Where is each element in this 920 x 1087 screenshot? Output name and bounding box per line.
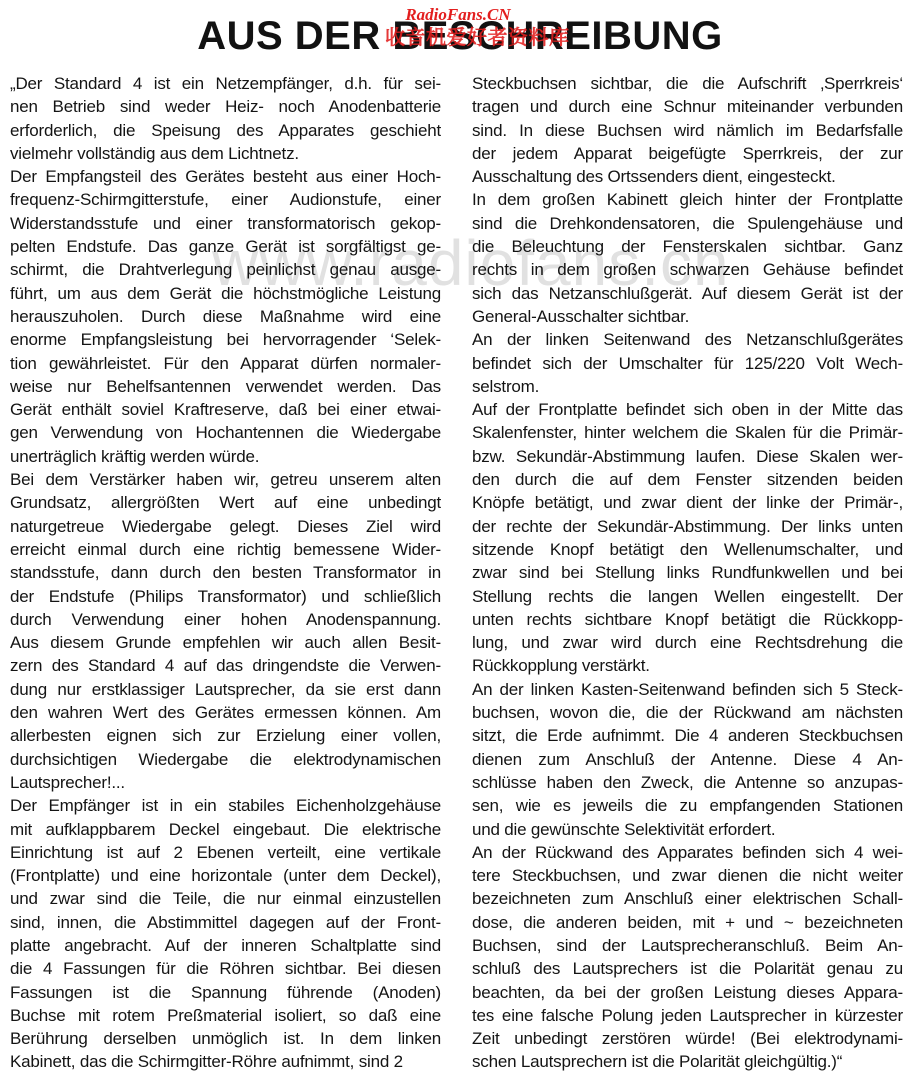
text-line: herauszuholen. Durch diese Maßnahme wird… bbox=[10, 305, 441, 328]
text-line: Kabinett, das die Schirmgitter-Röhre auf… bbox=[10, 1050, 441, 1073]
text-line: bezeichneten zum Anschluß einer elektris… bbox=[472, 887, 903, 910]
text-line: Gerät enthält soviel Kraftreserve, daß b… bbox=[10, 398, 441, 421]
text-line: Grundsatz, allergrößten Wert auf eine un… bbox=[10, 491, 441, 514]
text-line: Aus diesem Grunde empfehlen wir auch all… bbox=[10, 631, 441, 654]
text-line: Auf der Frontplatte befindet sich oben i… bbox=[472, 398, 903, 421]
text-line: Knöpfe betätigt, und zwar dient der link… bbox=[472, 491, 903, 514]
text-line: sitzt, die Erde aufnimmt. Die 4 anderen … bbox=[472, 724, 903, 747]
text-line: Bei dem Verstärker haben wir, getreu uns… bbox=[10, 468, 441, 491]
text-line: Skalenfenster, hinter welchem die Skalen… bbox=[472, 421, 903, 444]
text-line: An der linken Kasten-Seitenwand befinden… bbox=[472, 678, 903, 701]
text-line: mit aufklappbarem Deckel eingebaut. Die … bbox=[10, 818, 441, 841]
text-line: vielmehr vollständig aus dem Lichtnetz. bbox=[10, 142, 441, 165]
text-line: schlüsse haben den Zweck, die Antenne so… bbox=[472, 771, 903, 794]
text-line: der rechte der Sekundär-Abstimmung. Der … bbox=[472, 515, 903, 538]
text-line: weise nur Behelfsantennen verwendet werd… bbox=[10, 375, 441, 398]
text-line: dienen zum Anschluß der Antenne. Diese 4… bbox=[472, 748, 903, 771]
text-line: pelten Endstufe. Das ganze Gerät ist sor… bbox=[10, 235, 441, 258]
radiofans-watermark: RadioFans.CN bbox=[405, 5, 510, 25]
text-line: tion gewährleistet. Für den Apparat dürf… bbox=[10, 352, 441, 375]
text-line: den durch die auf dem Fenster sitzenden … bbox=[472, 468, 903, 491]
text-line: sind. In diese Buchsen wird nämlich im B… bbox=[472, 119, 903, 142]
text-line: Rückkopplung verstärkt. bbox=[472, 654, 903, 677]
text-line: gen Verwendung von Hochantennen die Wied… bbox=[10, 421, 441, 444]
text-line: durch Verwendung einer hohen Anodenspann… bbox=[10, 608, 441, 631]
text-line: unerträglich kräftig werden würde. bbox=[10, 445, 441, 468]
text-line: sich das Netzanschlußgerät. Auf diesem G… bbox=[472, 282, 903, 305]
text-line: befindet sich der Umschalter für 125/220… bbox=[472, 352, 903, 375]
text-line: tere Steckbuchsen, und zwar dienen die n… bbox=[472, 864, 903, 887]
text-line: General-Ausschalter sichtbar. bbox=[472, 305, 903, 328]
text-line: Lautsprecher!... bbox=[10, 771, 441, 794]
text-line: An der linken Seitenwand des Netzanschlu… bbox=[472, 328, 903, 351]
text-line: tes eine falsche Polung jeden Lautsprech… bbox=[472, 1004, 903, 1027]
text-line: tragen und durch eine Schnur miteinander… bbox=[472, 95, 903, 118]
text-line: Zeit unbedingt zerstören würde! (Bei ele… bbox=[472, 1027, 903, 1050]
text-line: standsstufe, dann durch den besten Trans… bbox=[10, 561, 441, 584]
text-line: Widerstandsstufe und einer transformator… bbox=[10, 212, 441, 235]
text-line: buchsen, wovon die, die der Rückwand am … bbox=[472, 701, 903, 724]
text-line: In dem großen Kabinett gleich hinter der… bbox=[472, 188, 903, 211]
text-line: zern des Standard 4 auf das dringendste … bbox=[10, 654, 441, 677]
text-line: lung, und zwar wird durch eine Rechtsdre… bbox=[472, 631, 903, 654]
text-line: Berührung derselben unmöglich ist. In de… bbox=[10, 1027, 441, 1050]
text-line: erreicht einmal durch eine richtig bemes… bbox=[10, 538, 441, 561]
text-line: rechts in dem großen schwarzen Gehäuse b… bbox=[472, 258, 903, 281]
text-line: bzw. Sekundär-Abstimmung laufen. Diese S… bbox=[472, 445, 903, 468]
chinese-watermark: 收音机爱好者资料库 bbox=[385, 21, 570, 50]
text-line: Buchsen, sind der Lautsprecheranschluß. … bbox=[472, 934, 903, 957]
text-line: den wahren Wert des Gerätes ermessen kön… bbox=[10, 701, 441, 724]
text-line: die Beleuchtung der Fensterskalen sichtb… bbox=[472, 235, 903, 258]
text-line: die 4 Fassungen für die Röhren sichtbar.… bbox=[10, 957, 441, 980]
text-line: sind, innen, die Abstimmittel dagegen au… bbox=[10, 911, 441, 934]
text-line: Steckbuchsen sichtbar, die die Aufschrif… bbox=[472, 72, 903, 95]
text-line: unten rechts sichtbare Knopf betätigt di… bbox=[472, 608, 903, 631]
text-line: sen, wie es jeweils die zu empfangenden … bbox=[472, 794, 903, 817]
text-line: Der Empfangsteil des Gerätes besteht aus… bbox=[10, 165, 441, 188]
text-line: sitzende Knopf betätigt den Wellenumscha… bbox=[472, 538, 903, 561]
text-line: Der Empfänger ist in ein stabiles Eichen… bbox=[10, 794, 441, 817]
text-line: Stellung rechts die langen Wellen einges… bbox=[472, 585, 903, 608]
text-line: nen Betrieb sind weder Heiz- noch Anoden… bbox=[10, 95, 441, 118]
text-column-right: Steckbuchsen sichtbar, die die Aufschrif… bbox=[472, 72, 903, 1074]
text-line: enorme Empfangsleistung bei hervorragend… bbox=[10, 328, 441, 351]
text-line: An der Rückwand des Apparates befinden s… bbox=[472, 841, 903, 864]
text-line: dung nur erstklassiger Lautsprecher, da … bbox=[10, 678, 441, 701]
text-line: naturgetreue Wiedergabe gelegt. Dieses Z… bbox=[10, 515, 441, 538]
text-line: der Endstufe (Philips Transformator) und… bbox=[10, 585, 441, 608]
text-line: schen Lautsprechern ist die Polarität gl… bbox=[472, 1050, 903, 1073]
text-column-left: „Der Standard 4 ist ein Netzempfänger, d… bbox=[10, 72, 441, 1074]
text-line: der jedem Apparat beigefügte Sperrkreis,… bbox=[472, 142, 903, 165]
text-line: „Der Standard 4 ist ein Netzempfänger, d… bbox=[10, 72, 441, 95]
text-line: Buchse mit rotem Preßmaterial isoliert, … bbox=[10, 1004, 441, 1027]
text-line: schirmt, die Drahtverlegung peinlichst g… bbox=[10, 258, 441, 281]
text-line: dose, die anderen beiden, mit + und ~ be… bbox=[472, 911, 903, 934]
text-line: führt, um aus dem Gerät die höchstmöglic… bbox=[10, 282, 441, 305]
text-line: beachten, da bei der großen Leistung die… bbox=[472, 981, 903, 1004]
text-line: erforderlich, die Speisung des Apparates… bbox=[10, 119, 441, 142]
text-line: und die gewünschte Selektivität erforder… bbox=[472, 818, 903, 841]
text-line: schluß des Lautsprechers ist die Polarit… bbox=[472, 957, 903, 980]
text-line: sind die Drehkondensatoren, die Spulenge… bbox=[472, 212, 903, 235]
text-line: Ausschaltung des Ortssenders dient, eing… bbox=[472, 165, 903, 188]
text-line: selstrom. bbox=[472, 375, 903, 398]
text-line: und zwar sind die Teile, die nur einmal … bbox=[10, 887, 441, 910]
text-line: frequenz-Schirmgitterstufe, einer Audion… bbox=[10, 188, 441, 211]
text-line: Fassungen ist die Spannung führende (Ano… bbox=[10, 981, 441, 1004]
document-page: www.radiofans.cn RadioFans.CN AUS DER BE… bbox=[0, 0, 920, 1087]
text-line: (Frontplatte) und eine horizontale (unte… bbox=[10, 864, 441, 887]
text-line: durchsichtigen Wiedergabe die elektrodyn… bbox=[10, 748, 441, 771]
text-line: Einrichtung ist auf 2 Ebenen verteilt, e… bbox=[10, 841, 441, 864]
text-line: platte angebracht. Auf der inneren Schal… bbox=[10, 934, 441, 957]
text-line: allerbesten eignen sich zur Erzielung ei… bbox=[10, 724, 441, 747]
text-line: zwar sind bei Stellung links Rundfunkwel… bbox=[472, 561, 903, 584]
